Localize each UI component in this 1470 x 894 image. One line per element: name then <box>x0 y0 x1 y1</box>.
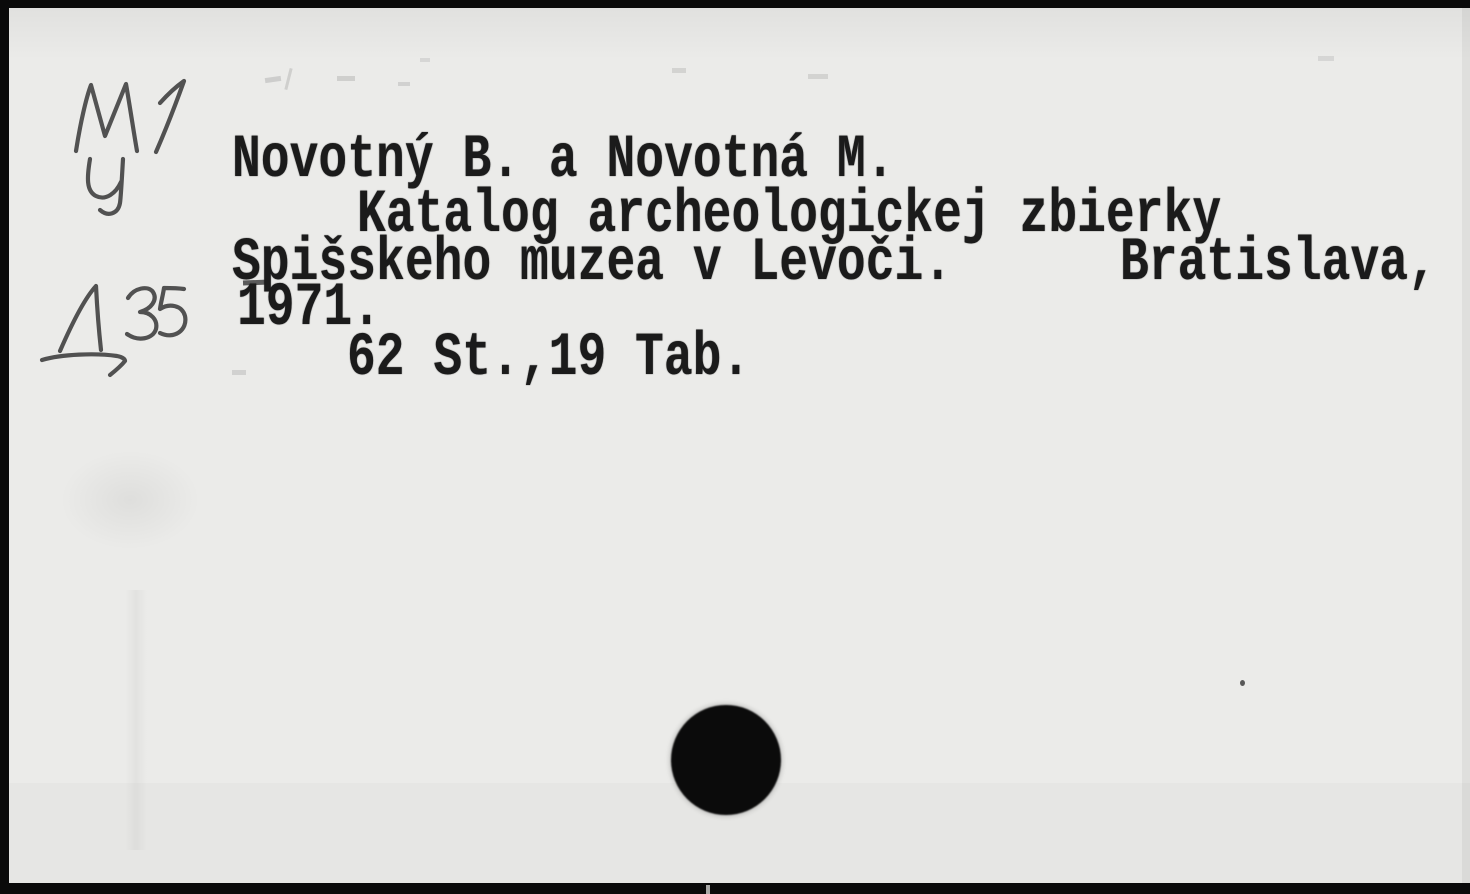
scan-edge-bottom <box>0 883 1470 894</box>
handwritten-mark-d35 <box>42 286 185 375</box>
scan-edge-notch <box>706 885 710 894</box>
scan-edge-top <box>0 0 1470 8</box>
scan-edge-left <box>0 0 9 894</box>
handwritten-mark-ch <box>88 159 123 214</box>
scanned-catalog-card: Novotný B. a Novotná M. Katalog archeolo… <box>0 0 1470 894</box>
handwritten-mark-m1 <box>76 81 184 152</box>
punch-hole-circle-icon <box>671 705 781 815</box>
